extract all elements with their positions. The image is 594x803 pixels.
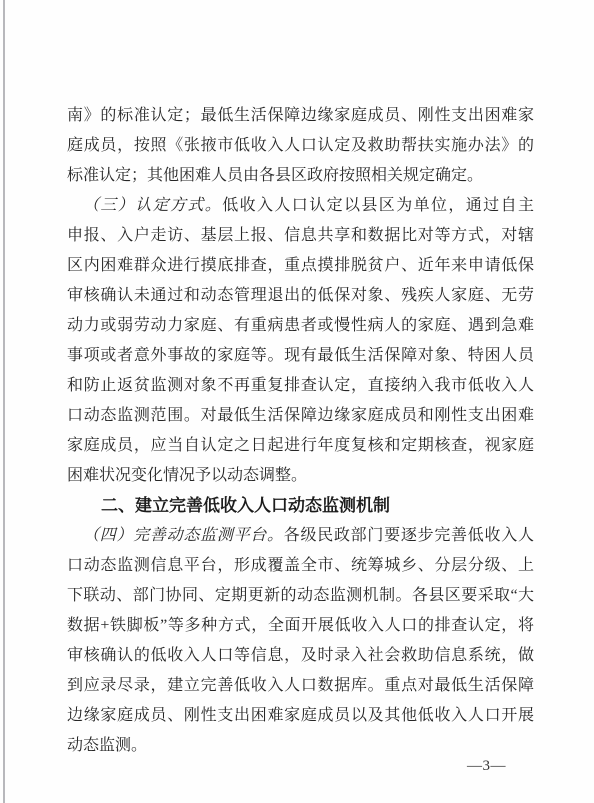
doc-line: 审核确认未通过和动态管理退出的低保对象、残疾人家庭、无劳 bbox=[67, 281, 534, 311]
clause-body-start: 各级民政部门要逐步完善低收入人 bbox=[284, 527, 534, 544]
scan-edge-line bbox=[3, 0, 5, 803]
doc-line: 边缘家庭成员、刚性支出困难家庭成员以及其他低收入人口开展 bbox=[67, 701, 534, 731]
doc-line: 区内困难群众进行摸底排查，重点摸排脱贫户、近年来申请低保 bbox=[67, 251, 534, 281]
doc-line: 动态监测。 bbox=[67, 731, 534, 761]
doc-line: 事项或者意外事故的家庭等。现有最低生活保障对象、特困人员 bbox=[67, 341, 534, 371]
doc-line: 下联动、部门协同、定期更新的动态监测机制。各县区要采取“大 bbox=[67, 581, 534, 611]
doc-line-paragraph-start: （四）完善动态监测平台。各级民政部门要逐步完善低收入人 bbox=[67, 521, 534, 551]
doc-line: 困难状况变化情况予以动态调整。 bbox=[67, 461, 534, 491]
doc-line: 数据+铁脚板”等多种方式，全面开展低收入人口的排查认定，将 bbox=[67, 611, 534, 641]
doc-line: 标准认定；其他困难人员由各县区政府按照相关规定确定。 bbox=[67, 161, 534, 191]
doc-line-paragraph-start: （三）认定方式。低收入人口认定以县区为单位，通过自主 bbox=[67, 191, 534, 221]
clause-body-start: 低收入人口认定以县区为单位，通过自主 bbox=[222, 197, 534, 214]
doc-line: 庭成员，按照《张掖市低收入人口认定及救助帮扶实施办法》的 bbox=[67, 131, 534, 161]
doc-line: 和防止返贫监测对象不再重复排查认定，直接纳入我市低收入人 bbox=[67, 371, 534, 401]
clause-title: （四）完善动态监测平台。 bbox=[83, 527, 284, 544]
doc-line: 审核确认的低收入人口等信息，及时录入社会救助信息系统，做 bbox=[67, 641, 534, 671]
doc-line: 口动态监测范围。对最低生活保障边缘家庭成员和刚性支出困难 bbox=[67, 401, 534, 431]
doc-line: 口动态监测信息平台，形成覆盖全市、统筹城乡、分层分级、上 bbox=[67, 551, 534, 581]
page-number: —3— bbox=[467, 758, 506, 775]
doc-line: 南》的标准认定；最低生活保障边缘家庭成员、刚性支出困难家 bbox=[67, 101, 534, 131]
doc-line: 申报、入户走访、基层上报、信息共享和数据比对等方式，对辖 bbox=[67, 221, 534, 251]
scanned-document-page: { "page": { "number": "—3—", "background… bbox=[0, 0, 594, 803]
doc-line: 动力或弱劳动力家庭、有重病患者或慢性病人的家庭、遇到急难 bbox=[67, 311, 534, 341]
doc-line: 家庭成员，应当自认定之日起进行年度复核和定期核查，视家庭 bbox=[67, 431, 534, 461]
section-heading: 二、建立完善低收入人口动态监测机制 bbox=[67, 491, 534, 521]
clause-title: （三）认定方式。 bbox=[83, 197, 222, 214]
document-body: 南》的标准认定；最低生活保障边缘家庭成员、刚性支出困难家 庭成员，按照《张掖市低… bbox=[67, 101, 534, 761]
doc-line: 到应录尽录，建立完善低收入人口数据库。重点对最低生活保障 bbox=[67, 671, 534, 701]
